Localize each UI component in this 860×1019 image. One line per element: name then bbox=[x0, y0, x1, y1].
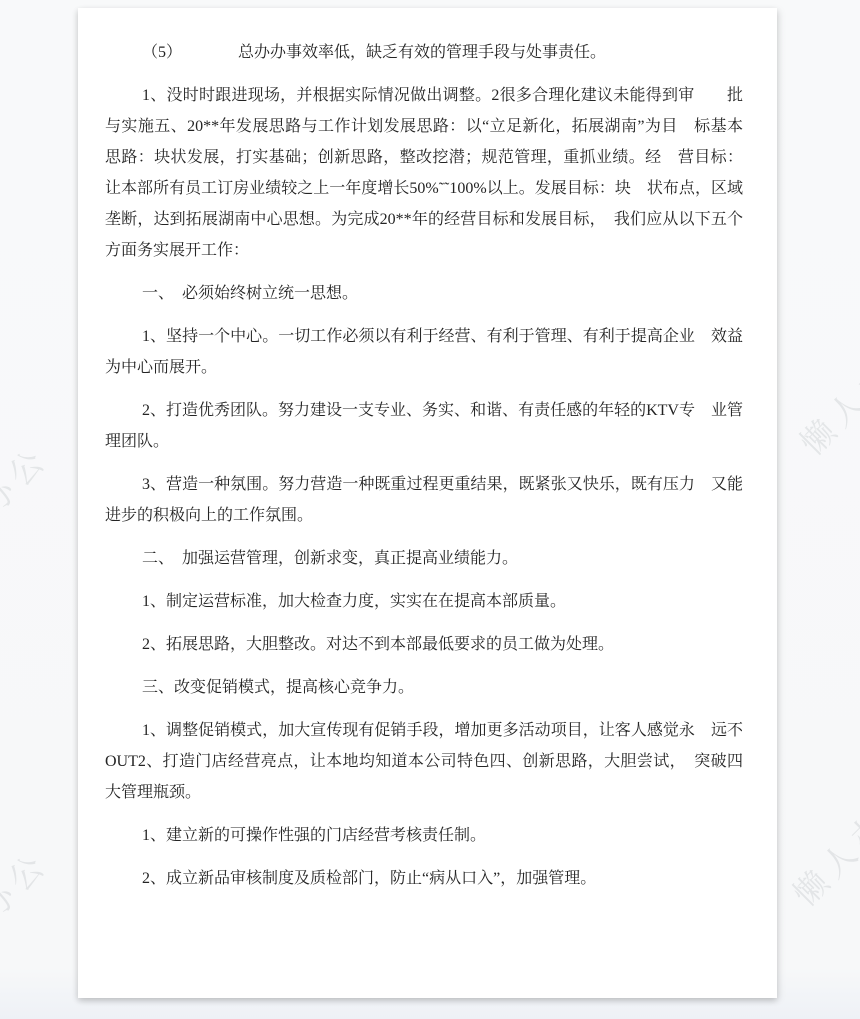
watermark-lanren-office: 懒人办公 bbox=[781, 769, 860, 915]
paragraph-assessment-system: 1、建立新的可操作性强的门店经营考核责任制。 bbox=[105, 820, 743, 851]
paragraph-quality-inspection: 2、成立新品审核制度及质检部门，防止“病从口入”，加强管理。 bbox=[105, 863, 743, 894]
document-page: （5） 总办办事效率低，缺乏有效的管理手段与处事责任。 1、没时时跟进现场，并根… bbox=[78, 8, 777, 998]
document-body: （5） 总办办事效率低，缺乏有效的管理手段与处事责任。 1、没时时跟进现场，并根… bbox=[78, 8, 777, 894]
paragraph-atmosphere: 3、营造一种氛围。努力营造一种既重过程更重结果，既紧张又快乐，既有压力 又能进步… bbox=[105, 469, 743, 531]
paragraph-one-center: 1、坚持一个中心。一切工作必须以有利于经营、有利于管理、有利于提高企业 效益为中… bbox=[105, 321, 743, 383]
paragraph-development-plan: 1、没时时跟进现场，并根据实际情况做出调整。2很多合理化建议未能得到审 批与实施… bbox=[105, 80, 743, 266]
watermark-lanren-office: 懒人办公 bbox=[788, 318, 860, 464]
heading-section-one: 一、 必须始终树立统一思想。 bbox=[105, 278, 743, 309]
paragraph-promotion-adjust: 1、调整促销模式，加大宣传现有促销手段，增加更多活动项目，让客人感觉永 远不OU… bbox=[105, 715, 743, 808]
heading-section-three: 三、改变促销模式，提高核心竞争力。 bbox=[105, 672, 743, 703]
paragraph-team-building: 2、打造优秀团队。努力建设一支专业、务实、和谐、有责任感的年轻的KTV专 业管理… bbox=[105, 395, 743, 457]
paragraph-expand-thinking: 2、拓展思路，大胆整改。对达不到本部最低要求的员工做为处理。 bbox=[105, 629, 743, 660]
watermark-lanren-office: 懒人办公 bbox=[0, 434, 58, 580]
heading-section-two: 二、 加强运营管理，创新求变，真正提高业绩能力。 bbox=[105, 543, 743, 574]
paragraph-efficiency-issue: （5） 总办办事效率低，缺乏有效的管理手段与处事责任。 bbox=[105, 37, 743, 68]
paragraph-operation-standard: 1、制定运营标准，加大检查力度，实实在在提高本部质量。 bbox=[105, 586, 743, 617]
screenshot-canvas: 懒人办公 懒人办公 懒人办公 懒人办公 懒人办公 懒人办公 （5） 总办办事效率… bbox=[0, 0, 860, 1019]
watermark-lanren-office: 懒人办公 bbox=[0, 839, 58, 985]
